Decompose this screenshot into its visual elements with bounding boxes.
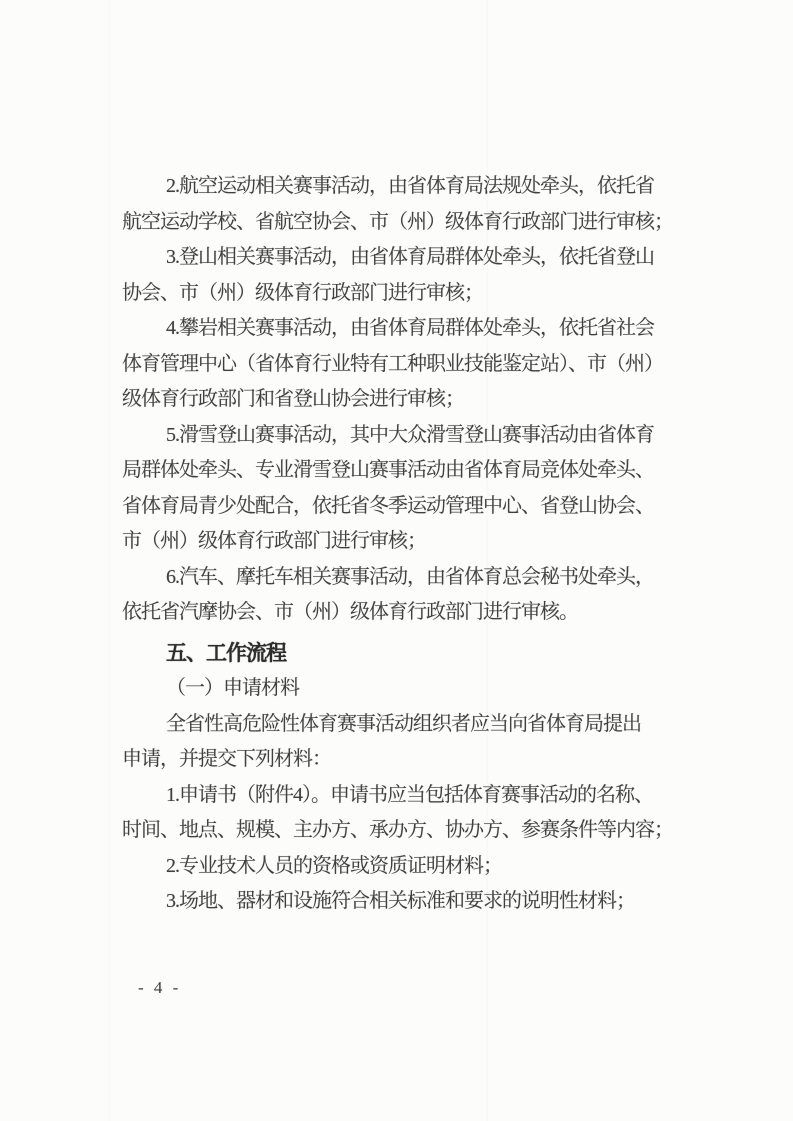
- doc-line: 体育管理中心（省体育行业特有工种职业技能鉴定站）、市（州）: [122, 347, 722, 383]
- page-number: - 4 -: [138, 978, 181, 998]
- document-body: 2.航空运动相关赛事活动，由省体育局法规处牵头，依托省 航空运动学校、省航空协会…: [122, 169, 722, 920]
- doc-line: 时间、地点、规模、主办方、承办方、协办方、参赛条件等内容；: [122, 813, 722, 849]
- doc-line: 1.申请书（附件4）。申请书应当包括体育赛事活动的名称、: [122, 778, 722, 814]
- doc-line: 航空运动学校、省航空协会、市（州）级体育行政部门进行审核；: [122, 205, 722, 241]
- section-heading-workflow: 五、工作流程: [122, 636, 722, 672]
- doc-line: 局群体处牵头、专业滑雪登山赛事活动由省体育局竞体处牵头、: [122, 453, 722, 489]
- doc-line: 申请，并提交下列材料：: [122, 742, 722, 778]
- doc-line: 3.场地、器材和设施符合相关标准和要求的说明性材料；: [122, 884, 722, 920]
- doc-line: 3.登山相关赛事活动，由省体育局群体处牵头，依托省登山: [122, 240, 722, 276]
- doc-line: 5.滑雪登山赛事活动，其中大众滑雪登山赛事活动由省体育: [122, 418, 722, 454]
- doc-line: 2.专业技术人员的资格或资质证明材料；: [122, 849, 722, 885]
- subsection-heading-application-materials: （一）申请材料: [122, 671, 722, 707]
- doc-line: 级体育行政部门和省登山协会进行审核；: [122, 382, 722, 418]
- doc-line: 2.航空运动相关赛事活动，由省体育局法规处牵头，依托省: [122, 169, 722, 205]
- doc-line: 市（州）级体育行政部门进行审核；: [122, 524, 722, 560]
- doc-line: 依托省汽摩协会、市（州）级体育行政部门进行审核。: [122, 595, 722, 631]
- document-page: 2.航空运动相关赛事活动，由省体育局法规处牵头，依托省 航空运动学校、省航空协会…: [0, 0, 793, 1121]
- doc-line: 协会、市（州）级体育行政部门进行审核；: [122, 276, 722, 312]
- doc-line: 4.攀岩相关赛事活动，由省体育局群体处牵头，依托省社会: [122, 311, 722, 347]
- doc-line: 6.汽车、摩托车相关赛事活动，由省体育总会秘书处牵头，: [122, 560, 722, 596]
- doc-line: 全省性高危险性体育赛事活动组织者应当向省体育局提出: [122, 707, 722, 743]
- doc-line: 省体育局青少处配合，依托省冬季运动管理中心、省登山协会、: [122, 489, 722, 525]
